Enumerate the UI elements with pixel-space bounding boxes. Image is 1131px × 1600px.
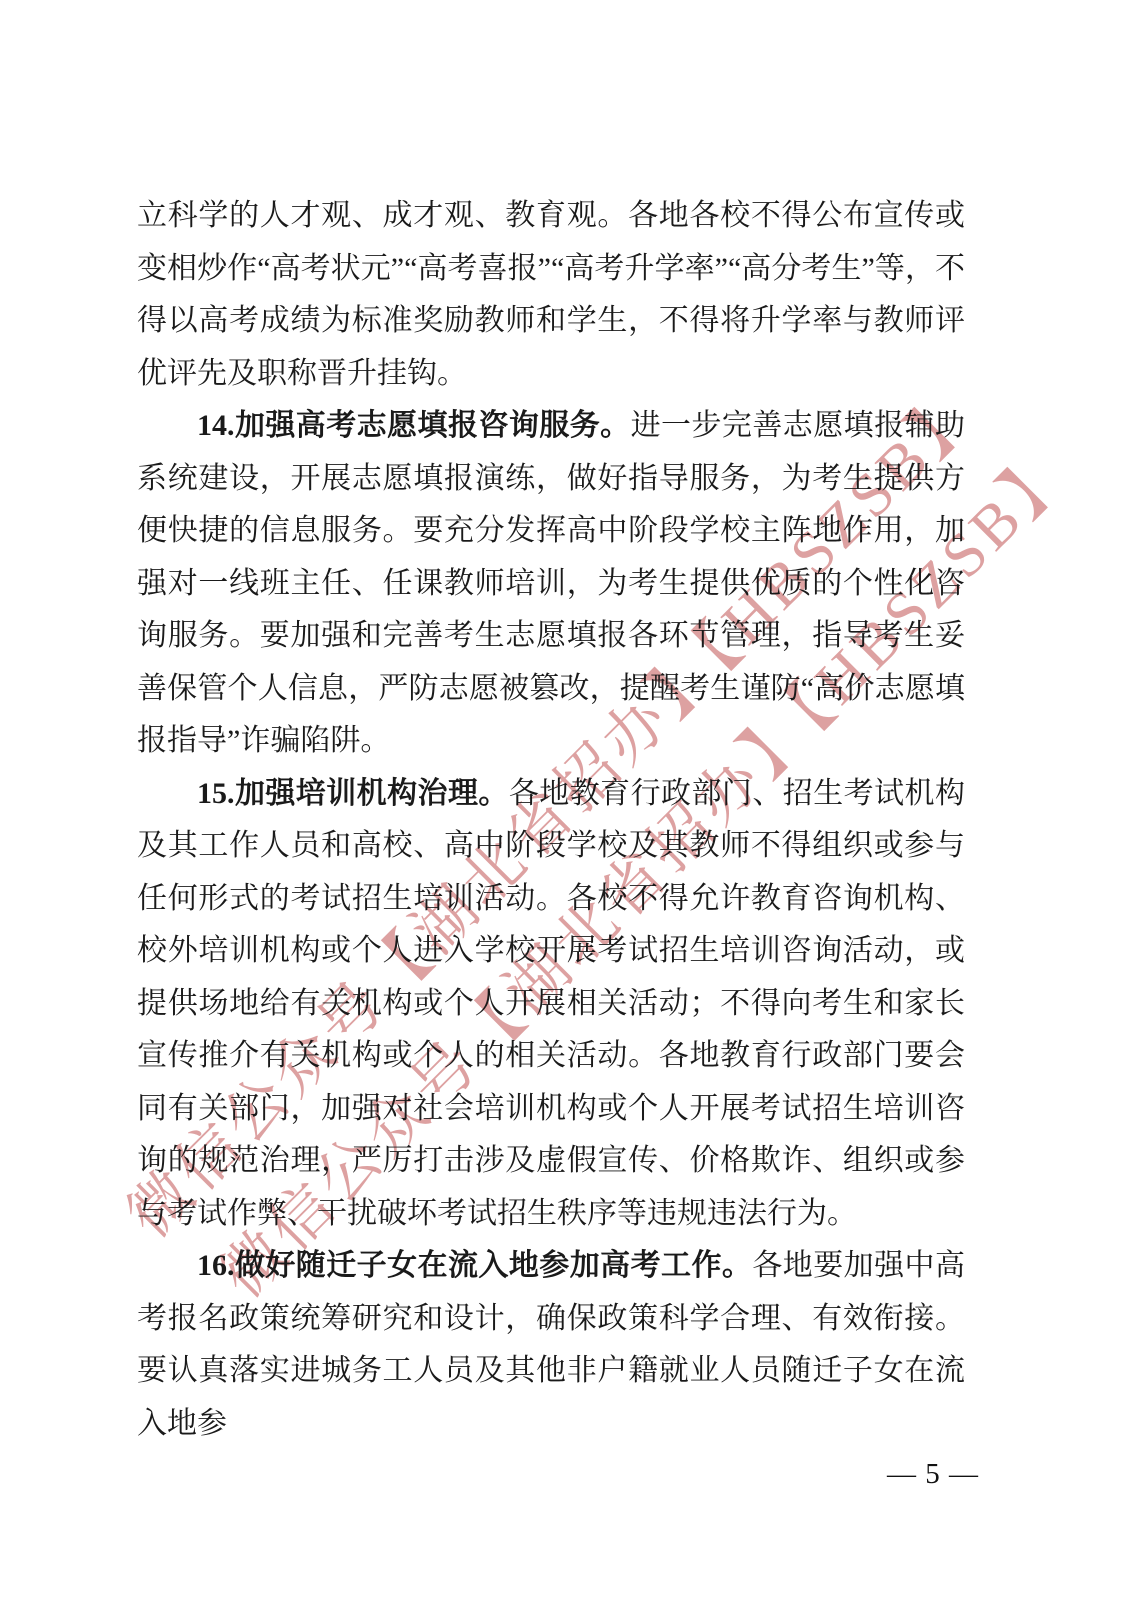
- paragraph: 14.加强高考志愿填报咨询服务。进一步完善志愿填报辅助系统建设，开展志愿填报演练…: [137, 400, 965, 768]
- document-body: 立科学的人才观、成才观、教育观。各地各校不得公布宣传或变相炒作“高考状元”“高考…: [137, 190, 965, 1450]
- paragraph-number-heading: 15.加强培训机构治理。: [197, 777, 509, 810]
- paragraph: 立科学的人才观、成才观、教育观。各地各校不得公布宣传或变相炒作“高考状元”“高考…: [137, 190, 965, 400]
- paragraph: 16.做好随迁子女在流入地参加高考工作。各地要加强中高考报名政策统筹研究和设计，…: [137, 1240, 965, 1450]
- document-page: 微信公众号【湖北省招办】【HBSZSB】 微信公众号【湖北省招办】【HBSZSB…: [0, 0, 1131, 1600]
- paragraph-number-heading: 16.做好随迁子女在流入地参加高考工作。: [197, 1249, 752, 1282]
- page-number: — 5 —: [887, 1458, 979, 1491]
- paragraph-text: 各地教育行政部门、招生考试机构及其工作人员和高校、高中阶段学校及其教师不得组织或…: [137, 777, 965, 1230]
- paragraph: 15.加强培训机构治理。各地教育行政部门、招生考试机构及其工作人员和高校、高中阶…: [137, 768, 965, 1241]
- paragraph-text: 立科学的人才观、成才观、教育观。各地各校不得公布宣传或变相炒作“高考状元”“高考…: [137, 199, 965, 390]
- paragraph-number-heading: 14.加强高考志愿填报咨询服务。: [197, 409, 631, 442]
- paragraph-text: 进一步完善志愿填报辅助系统建设，开展志愿填报演练，做好指导服务，为考生提供方便快…: [137, 409, 965, 757]
